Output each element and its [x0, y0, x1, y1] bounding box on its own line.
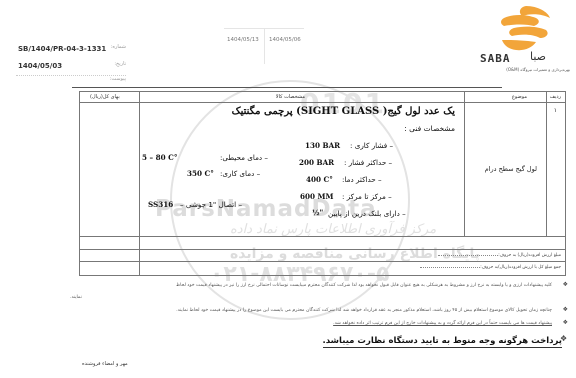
header-row-no: ردیف	[550, 94, 561, 100]
logo-latin: SABA	[480, 52, 511, 65]
date-deadline: 1404/05/13	[227, 37, 259, 43]
summary-row-total: جمع مبلغ کل با ارزش افزوده(ریال)به حروف:	[80, 262, 565, 275]
header-divider	[72, 87, 502, 88]
spec-max-temp-label: – حداکثر دما:	[342, 175, 382, 184]
spec-center-to-center: 600 MM	[300, 192, 333, 201]
seller-signature-label: مهر و امضاء فروشنده	[82, 361, 128, 367]
spec-connection-material: SS316	[148, 200, 173, 209]
spec-drain-size: ½"	[312, 208, 323, 217]
note-currency: کلیه پیشنهادات ارزی و یا وابسته به نرخ ا…	[176, 283, 552, 288]
summary-row-blank	[80, 237, 565, 250]
logo-subtitle: بهره‌برداری و تعمیرات نیروگاه (O&M)	[470, 67, 570, 72]
divider	[264, 29, 265, 64]
header-total-price: بهای کل(ریال)	[90, 94, 120, 100]
table-header-row: ردیف موضوع مشخصات کالا بهای کل(ریال)	[80, 92, 565, 103]
meta-number-row: SB/1404/PR-04-3-1331 شماره:	[16, 42, 126, 59]
spec-drain-label: – دارای بلنک درین از پایین	[328, 209, 406, 218]
bullet-icon: ❖	[563, 281, 568, 288]
bullet-icon: ❖	[563, 306, 568, 313]
note-delivery: چنانچه زمان تحویل کالای موضوع استعلام بی…	[176, 308, 552, 313]
meta-date-row: 1404/05/03 تاریخ:	[16, 59, 126, 76]
saba-logo-icon	[496, 4, 552, 52]
item-title: یک عدد لول گیج( SIGHT GLASS) پرچمی مگنتی…	[232, 106, 455, 117]
company-logo: SABA صبا بهره‌برداری و تعمیرات نیروگاه (…	[470, 4, 570, 82]
letter-date: 1404/05/03	[18, 62, 62, 70]
note-currency-end: نمایند.	[70, 295, 82, 300]
total-in-words-label: جمع مبلغ کل با ارزش افزوده(ریال)به حروف:	[420, 265, 561, 270]
item-subject: لول گیج سطح درام	[485, 165, 537, 173]
row-number: ۱	[554, 107, 557, 114]
spec-working-pressure-label: – فشار کاری :	[350, 141, 393, 150]
spec-max-pressure: 200 BAR	[299, 158, 334, 167]
letter-number-label: شماره:	[111, 44, 126, 50]
spec-working-temp: 350 C°	[187, 169, 214, 178]
specs-heading: مشخصات فنی :	[404, 124, 455, 133]
spec-max-temp: 400 C°	[306, 175, 333, 184]
spec-working-temp-label: – دمای کاری:	[220, 169, 260, 178]
spec-connection-label: – اتصال "1 جوشی –	[180, 200, 242, 209]
attachment-label: پیوست:	[110, 76, 126, 82]
dates-box: 1404/05/13 1404/05/06	[224, 28, 304, 64]
letter-meta: SB/1404/PR-04-3-1331 شماره: 1404/05/03 ت…	[16, 42, 126, 84]
vat-in-words-label: مبلغ ارزش افزوده(ریال) به حروف:	[438, 253, 561, 258]
spec-ambient-temp-label: – دمای محیطی:	[220, 153, 268, 162]
bullet-icon: ❖	[563, 319, 568, 326]
payment-note: پرداخت هرگونه وجه منوط به تایید دستگاه ن…	[323, 336, 562, 348]
spec-working-pressure: 130 BAR	[305, 141, 340, 150]
logo-persian: صبا	[530, 50, 546, 63]
spec-ambient-temp: 5 – 80 C°	[142, 153, 177, 162]
items-table: ردیف موضوع مشخصات کالا بهای کل(ریال) ۱ ل…	[79, 91, 566, 276]
header-specs: مشخصات کالا	[276, 94, 305, 100]
letter-date-label: تاریخ:	[114, 61, 126, 67]
summary-row-vat: مبلغ ارزش افزوده(ریال) به حروف:	[80, 250, 565, 263]
meta-attachment-row: پیوست:	[16, 76, 126, 84]
date-issued: 1404/05/06	[269, 37, 301, 43]
letter-number: SB/1404/PR-04-3-1331	[18, 45, 106, 53]
note-form-required: پیشنهاد قیمت ها می بایست حتماً در این فر…	[333, 321, 552, 326]
spec-max-pressure-label: – حداکثر فشار :	[344, 158, 392, 167]
header-subject: موضوع	[512, 94, 527, 100]
table-row: ۱ لول گیج سطح درام یک عدد لول گیج( SIGHT…	[80, 103, 565, 237]
spec-center-to-center-label: – مرکز تا مرکز :	[342, 192, 392, 201]
